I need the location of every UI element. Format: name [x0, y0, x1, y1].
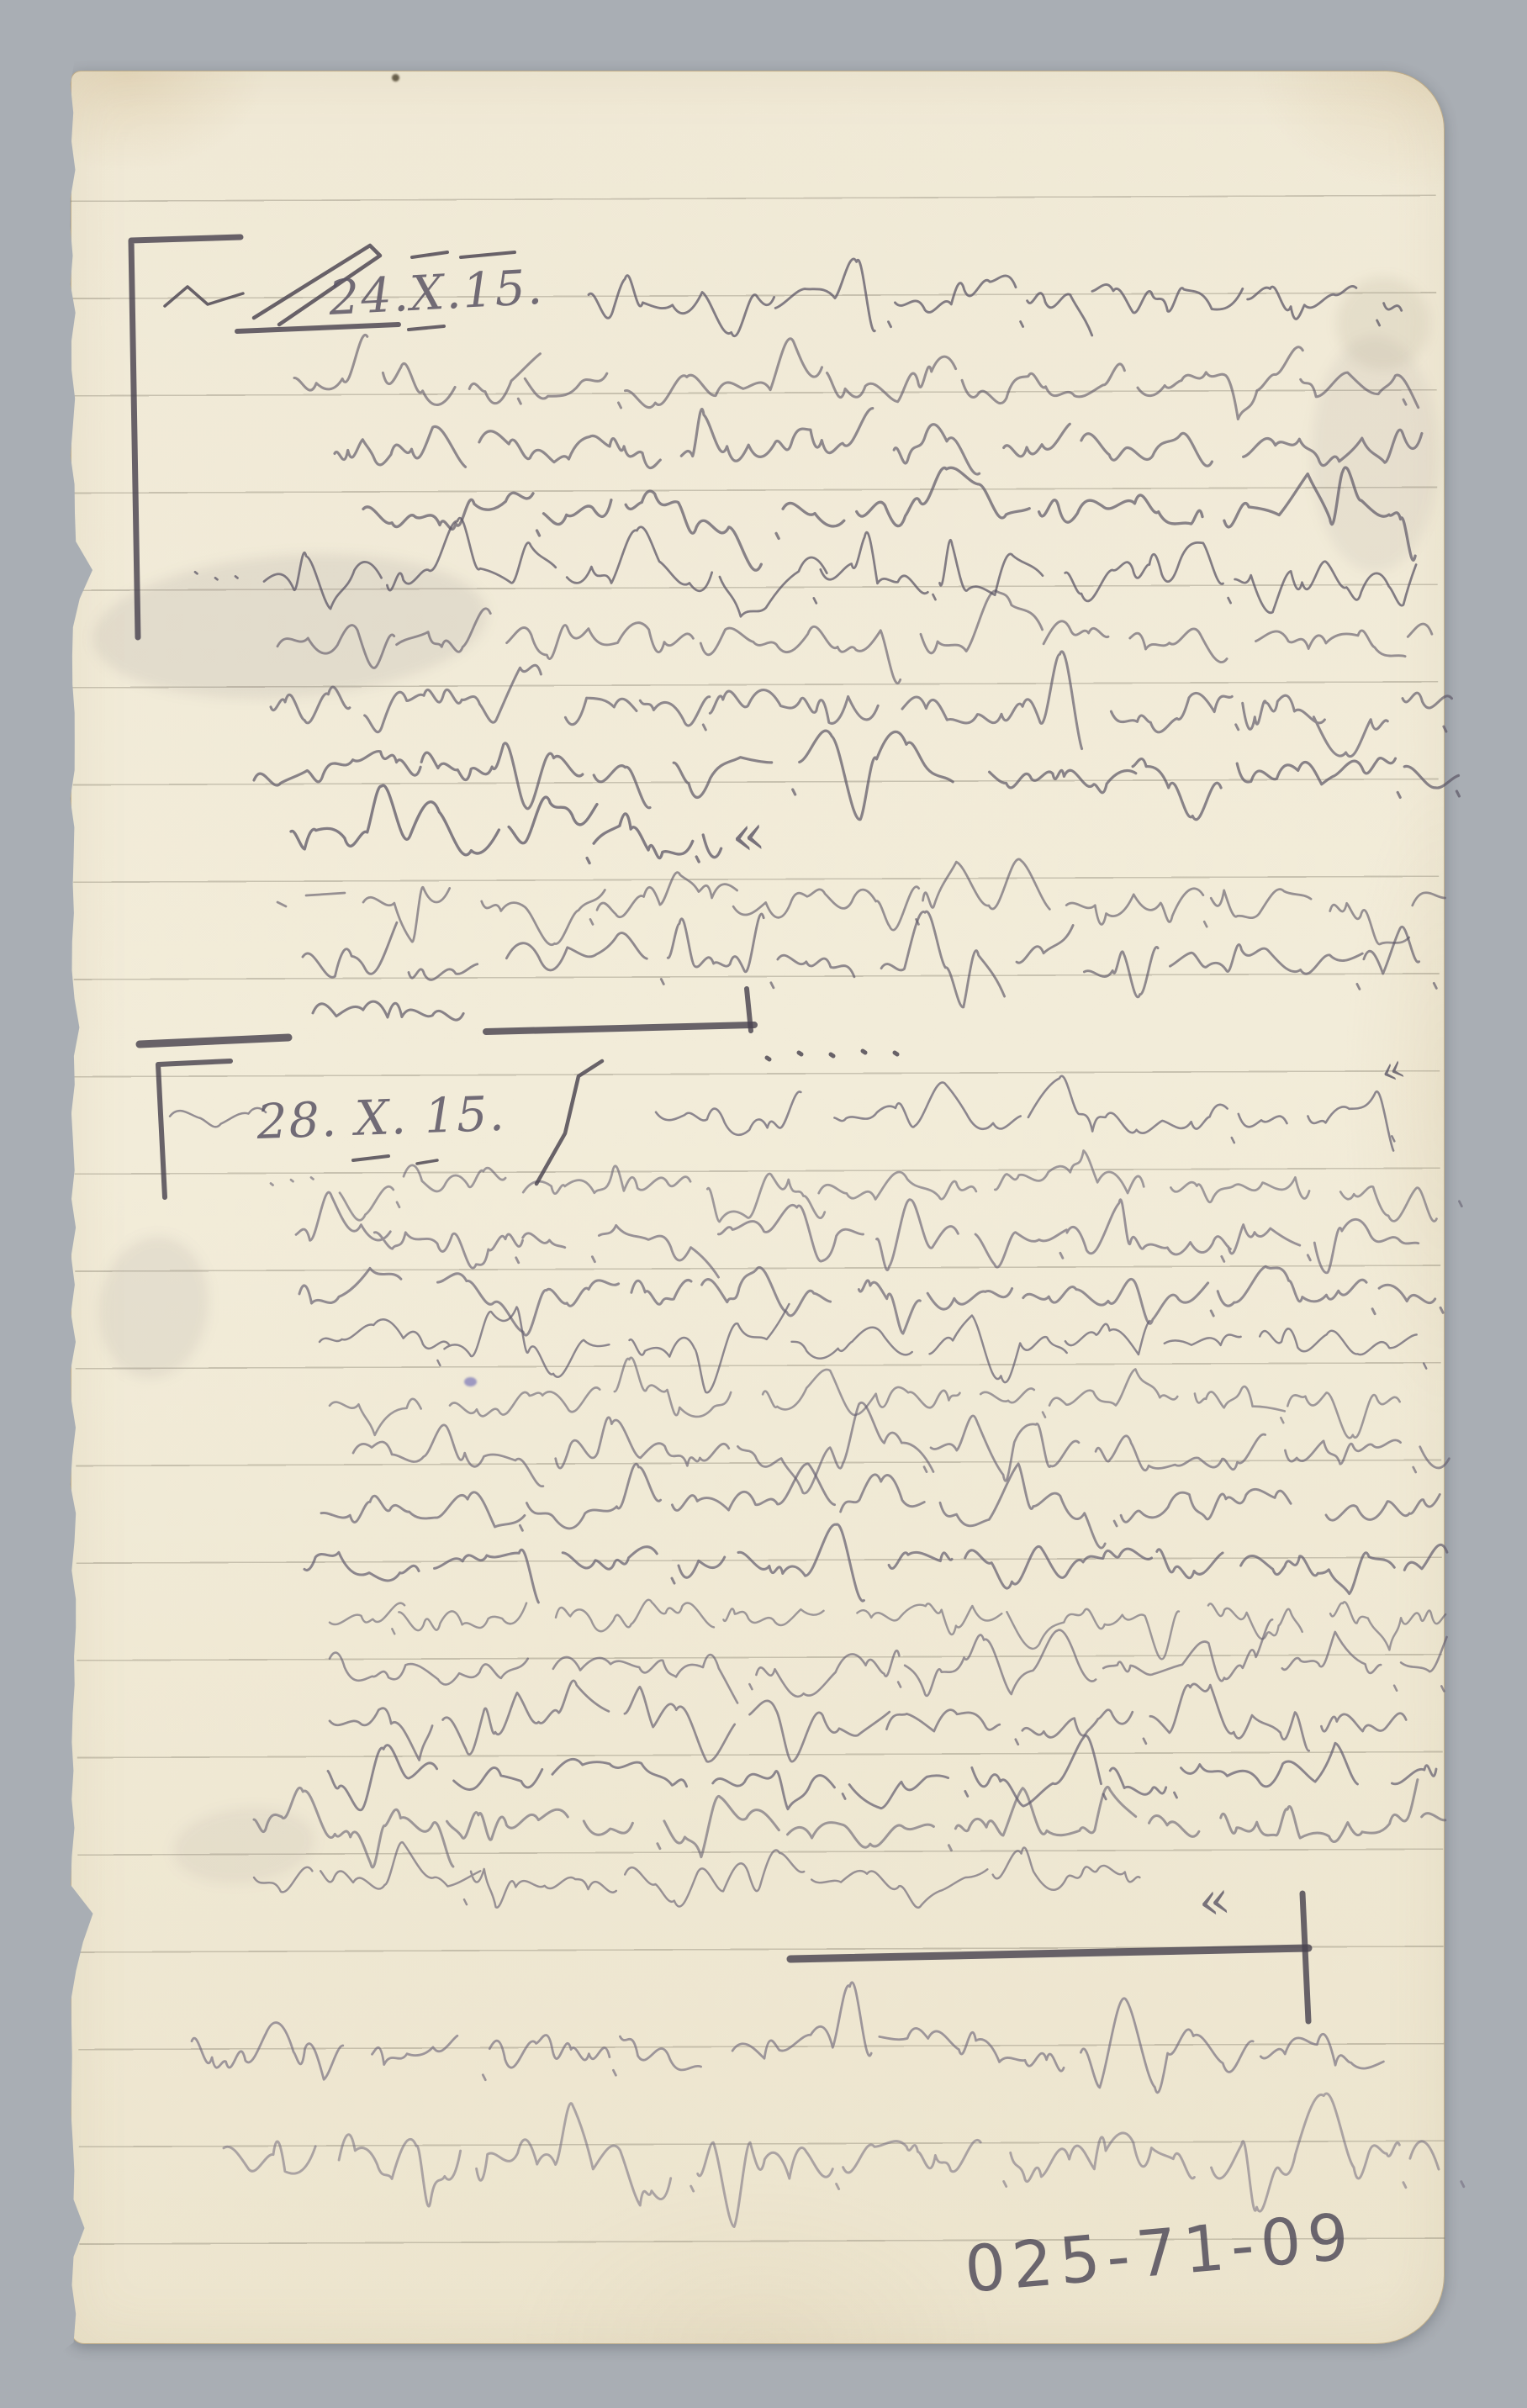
- entry-2-lines: [656, 1076, 1394, 1151]
- catalog-number: 025-71-09: [962, 2199, 1358, 2307]
- entry-1-lines: [291, 785, 721, 863]
- entry-1-close-line: [486, 1025, 754, 1032]
- postscript-lines: [192, 1983, 1383, 2093]
- entry-2-lines: [330, 1619, 1447, 1703]
- entry-2-open-bracket: [158, 1061, 230, 1197]
- legible-text: 24.X.15. 28. X. 15. « « « 025-71-09: [255, 260, 1411, 2307]
- entry-1-lines: [313, 1001, 463, 1020]
- entry-2-flourish: [536, 1061, 602, 1184]
- entry-1-lines: [363, 467, 1415, 570]
- entry-2-lines: [330, 1600, 1445, 1660]
- entry-2-lines: [353, 1402, 1449, 1493]
- entry-2-dot-4: [863, 1051, 865, 1053]
- entry-1-lines: [294, 335, 1419, 419]
- date2-underline-15: [417, 1160, 437, 1164]
- entry-1-lines: [277, 859, 1445, 945]
- guillemet-mark: «: [1194, 1867, 1234, 1933]
- date2-underline-x: [353, 1156, 388, 1160]
- entry-1-lines: [277, 591, 1432, 684]
- entry-2-date: 28. X. 15.: [255, 1086, 506, 1150]
- entry-1-token-underline: [237, 325, 399, 331]
- entry-1-lines: [195, 518, 1416, 616]
- entry-2-lines: [296, 1192, 1419, 1277]
- entry-2-lines: [254, 1842, 1139, 1908]
- entry-1-open-bracket: [131, 237, 240, 637]
- guillemet-mark: «: [728, 801, 769, 869]
- entry-1-lines: [589, 259, 1402, 336]
- entry-2-lines: [271, 1151, 1461, 1222]
- entry-2-top-line: [140, 1038, 288, 1044]
- entry-2-lines: [321, 1464, 1440, 1548]
- entry-2-close-tick: [1302, 1893, 1308, 2021]
- torn-left-edge: [47, 47, 93, 2363]
- entry-2-dot-3: [831, 1054, 833, 1056]
- entry-1-lines: [254, 731, 1459, 820]
- entry-2-lines: [330, 1358, 1400, 1439]
- guillemet-mark: «: [1373, 1044, 1411, 1095]
- date1-overline-15: [461, 252, 515, 257]
- handwriting-layer: 24.X.15. 28. X. 15. « « « 025-71-09: [0, 0, 1527, 2408]
- entry-1-lines: [303, 911, 1436, 1007]
- entry-2-dot-5: [895, 1053, 897, 1054]
- entry-1-caret: [165, 287, 243, 306]
- entry-1-lines: [335, 409, 1422, 474]
- entry-2-close-line: [790, 1948, 1308, 1959]
- shorthand-scribbles: [170, 259, 1464, 2227]
- entry-2-lines: [328, 1735, 1436, 1810]
- entry-2-lines: [320, 1304, 1426, 1392]
- entry-2-lines: [304, 1524, 1447, 1603]
- entry-1-lines: [271, 652, 1452, 757]
- entry-2-lines: [254, 1780, 1445, 1867]
- entry-2-dot-1: [767, 1058, 769, 1059]
- date1-underline-x: [409, 326, 444, 330]
- entry-2-lines: [330, 1681, 1406, 1761]
- entry-1-date: 24.X.15.: [326, 260, 545, 326]
- date1-overline-x: [412, 252, 447, 257]
- entry-2-dot-2: [799, 1053, 801, 1054]
- entry-2-lines: [299, 1266, 1443, 1335]
- entry-2-lines: [170, 1108, 266, 1127]
- scanned-notebook-photo: 24.X.15. 28. X. 15. « « « 025-71-09: [0, 0, 1527, 2408]
